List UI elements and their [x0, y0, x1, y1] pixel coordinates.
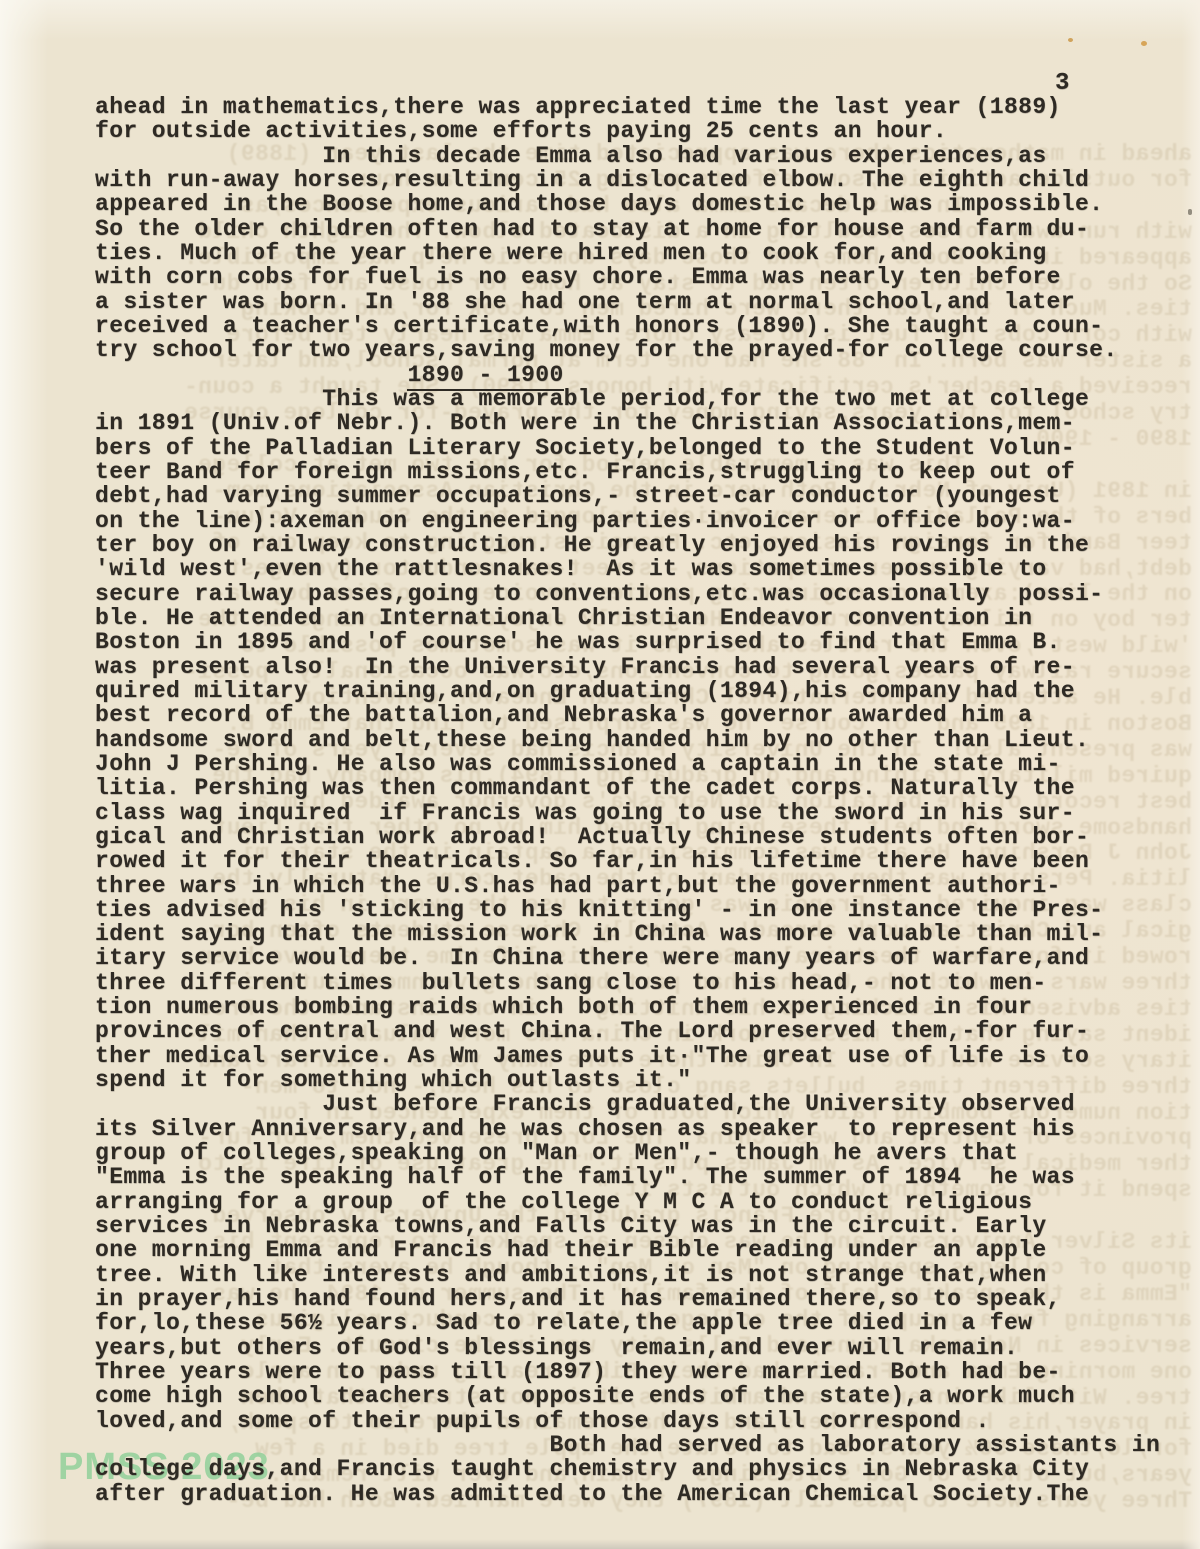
- text-line: ident saying that the mission work in Ch…: [95, 922, 1160, 946]
- text-line: with run-away horses,resulting in a disl…: [95, 168, 1160, 192]
- text-line: try school for two years,saving money fo…: [95, 338, 1160, 362]
- text-line: ble. He attended an International Christ…: [95, 606, 1160, 630]
- text-line: quired military training,and,on graduati…: [95, 679, 1160, 703]
- text-line: ties advised his 'sticking to his knitti…: [95, 898, 1160, 922]
- text-line: loved,and some of their pupils of those …: [95, 1409, 1160, 1433]
- text-line: Boston in 1895 and 'of course' he was su…: [95, 630, 1160, 654]
- text-line: three different times bullets sang close…: [95, 971, 1160, 995]
- text-line: Just before Francis graduated,the Univer…: [95, 1092, 1160, 1116]
- text-line: spend it for something which outlasts it…: [95, 1068, 1160, 1092]
- text-line: itary service would be. In China there w…: [95, 946, 1160, 970]
- text-line: teer Band for foreign missions,etc. Fran…: [95, 460, 1160, 484]
- text-line: So the older children often had to stay …: [95, 217, 1160, 241]
- text-line: best record of the battalion,and Nebrask…: [95, 703, 1160, 727]
- text-line: tion numerous bombing raids which both o…: [95, 995, 1160, 1019]
- text-line: group of colleges,speaking on "Man or Me…: [95, 1141, 1160, 1165]
- text-line: John J Pershing. He also was commissione…: [95, 752, 1160, 776]
- text-line: handsome sword and belt,these being hand…: [95, 728, 1160, 752]
- text-line: class wag inquired if Francis was going …: [95, 801, 1160, 825]
- text-line: gical and Christian work abroad! Actuall…: [95, 825, 1160, 849]
- text-line: tree. With like interests and ambitions,…: [95, 1263, 1160, 1287]
- text-line: rowed it for their theatricals. So far,i…: [95, 849, 1160, 873]
- paper-speck: [1141, 41, 1147, 46]
- text-line: in prayer,his hand found hers,and it has…: [95, 1287, 1160, 1311]
- text-line: three wars in which the U.S.has had part…: [95, 874, 1160, 898]
- text-line: for outside activities,some efforts payi…: [95, 119, 1160, 143]
- text-line: Three years were to pass till (1897) the…: [95, 1360, 1160, 1384]
- section-heading: 1890 - 1900: [95, 363, 1160, 387]
- text-line: arranging for a group of the college Y M…: [95, 1190, 1160, 1214]
- text-line: secure railway passes,going to conventio…: [95, 582, 1160, 606]
- text-line: "Emma is the speaking half of the family…: [95, 1165, 1160, 1189]
- text-line: a sister was born. In '88 she had one te…: [95, 290, 1160, 314]
- text-line: its Silver Anniversary,and he was chosen…: [95, 1117, 1160, 1141]
- text-line: ther medical service. As Wm James puts i…: [95, 1044, 1160, 1068]
- text-line: In this decade Emma also had various exp…: [95, 144, 1160, 168]
- text-line: ter boy on railway construction. He grea…: [95, 533, 1160, 557]
- typewritten-text: ahead in mathematics,there was appreciat…: [95, 95, 1160, 1506]
- text-line: after graduation. He was admitted to the…: [95, 1482, 1160, 1506]
- text-line: ties. Much of the year there were hired …: [95, 241, 1160, 265]
- text-line: come high school teachers (at opposite e…: [95, 1384, 1160, 1408]
- text-line: one morning Emma and Francis had their B…: [95, 1238, 1160, 1262]
- page-number: 3: [1055, 70, 1069, 97]
- text-line: provinces of central and west China. The…: [95, 1019, 1160, 1043]
- text-line: ahead in mathematics,there was appreciat…: [95, 95, 1160, 119]
- text-line: was present also! In the University Fran…: [95, 655, 1160, 679]
- text-line: in 1891 (Univ.of Nebr.). Both were in th…: [95, 411, 1160, 435]
- text-line: bers of the Palladian Literary Society,b…: [95, 436, 1160, 460]
- text-line: Both had served as laboratory assistants…: [95, 1433, 1160, 1457]
- text-line: appeared in the Boose home,and those day…: [95, 192, 1160, 216]
- text-line: litia. Pershing was then commandant of t…: [95, 776, 1160, 800]
- text-line: services in Nebraska towns,and Falls Cit…: [95, 1214, 1160, 1238]
- text-line: on the line):axeman on engineering parti…: [95, 509, 1160, 533]
- text-line: with corn cobs for fuel is no easy chore…: [95, 265, 1160, 289]
- text-line: for,lo,these 56½ years. Sad to relate,th…: [95, 1311, 1160, 1335]
- paper-speck: [1188, 209, 1192, 215]
- text-line: years,but others of God's blessings rema…: [95, 1336, 1160, 1360]
- paper-speck: [1068, 38, 1073, 42]
- document-page: ahead in mathematics,there was appreciat…: [0, 0, 1200, 1549]
- text-line: college days,and Francis taught chemistr…: [95, 1457, 1160, 1481]
- text-line: received a teacher's certificate,with ho…: [95, 314, 1160, 338]
- text-line: This was a memorable period,for the two …: [95, 387, 1160, 411]
- text-line: 'wild west',even the rattlesnakes! As it…: [95, 557, 1160, 581]
- text-line: debt,had varying summer occupations,- st…: [95, 484, 1160, 508]
